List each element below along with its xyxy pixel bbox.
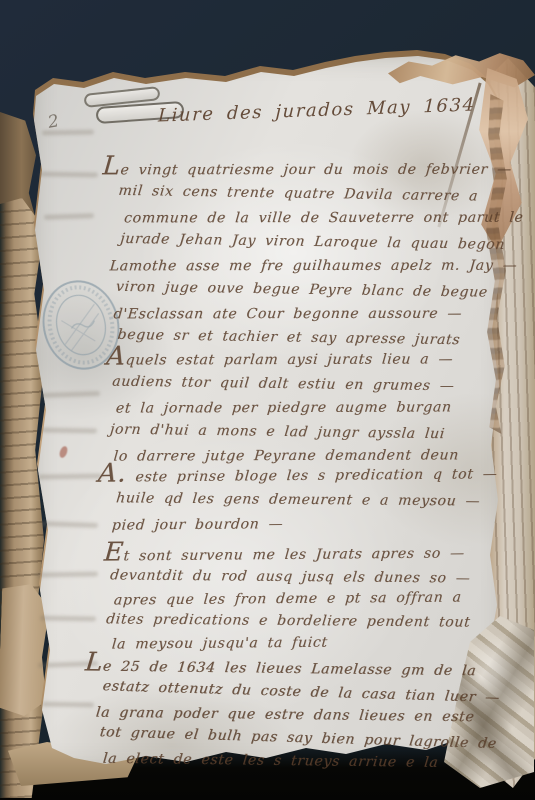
manuscript-photo: 2 Liure des jurados May 1634 Le vingt qu… <box>0 0 535 800</box>
bleedthrough-ghost-line <box>42 428 97 434</box>
handwritten-paragraph-4: Et sont survenu me les Jurats apres so —… <box>104 544 471 654</box>
handwritten-paragraph-5: Le 25 de 1634 les lieues Lamelasse gm de… <box>83 654 501 778</box>
handwritten-line: audiens ttor quil dalt estiu en grumes — <box>111 370 460 399</box>
handwritten-line: la meysou jusqu'a ta fuict <box>111 630 472 655</box>
handwritten-line: devantdit du rod ausq jusq els dunes so … <box>109 564 471 589</box>
handwritten-line: d'Esclassan ate Cour begonne aussoure — <box>112 302 523 327</box>
handwritten-paragraph-2: Aquels estat parlam aysi jurats lieu a —… <box>106 347 460 469</box>
handwritten-line: Lamothe asse me fre guilhaumes apelz m. … <box>109 254 524 279</box>
handwritten-line: mil six cens trente quatre Davila carrer… <box>117 179 524 209</box>
handwritten-line: dites predications e bordeliere pendent … <box>105 608 471 633</box>
handwritten-line: apres que les fron deme e pt sa offran a <box>113 586 472 611</box>
bleedthrough-ghost-line <box>40 171 98 177</box>
handwritten-line: pied jour bourdon — <box>111 510 498 537</box>
handwritten-line: la elect de este les s trueys arriue e l… <box>102 748 500 776</box>
handwritten-line: huile qd les gens demeurent e a meysou — <box>115 486 498 513</box>
handwritten-line: Aquels estat parlam aysi jurats lieu a — <box>105 347 460 372</box>
handwritten-paragraph-3: A. este prinse bloge les s predication q… <box>98 464 497 536</box>
handwritten-line: A. este prinse bloge les s predication q… <box>97 462 498 489</box>
handwritten-line: jorn d'hui a mons e lad jungr ayssla lui <box>109 418 460 447</box>
handwritten-paragraph-1: Le vingt quatriesme jour du mois de febv… <box>101 157 523 352</box>
handwritten-line: et la jornade per piedgre augme burgan <box>115 395 460 420</box>
handwritten-line: commune de la ville de Sauveterre ont pa… <box>123 206 524 231</box>
handwritten-line: viron juge ouve begue Peyre blanc de beg… <box>115 275 524 305</box>
handwritten-line: Et sont survenu me les Jurats apres so — <box>103 542 472 567</box>
handwritten-line: jurade Jehan Jay viron Laroque la quau b… <box>119 227 524 257</box>
bleedthrough-ghost-line <box>40 616 96 622</box>
